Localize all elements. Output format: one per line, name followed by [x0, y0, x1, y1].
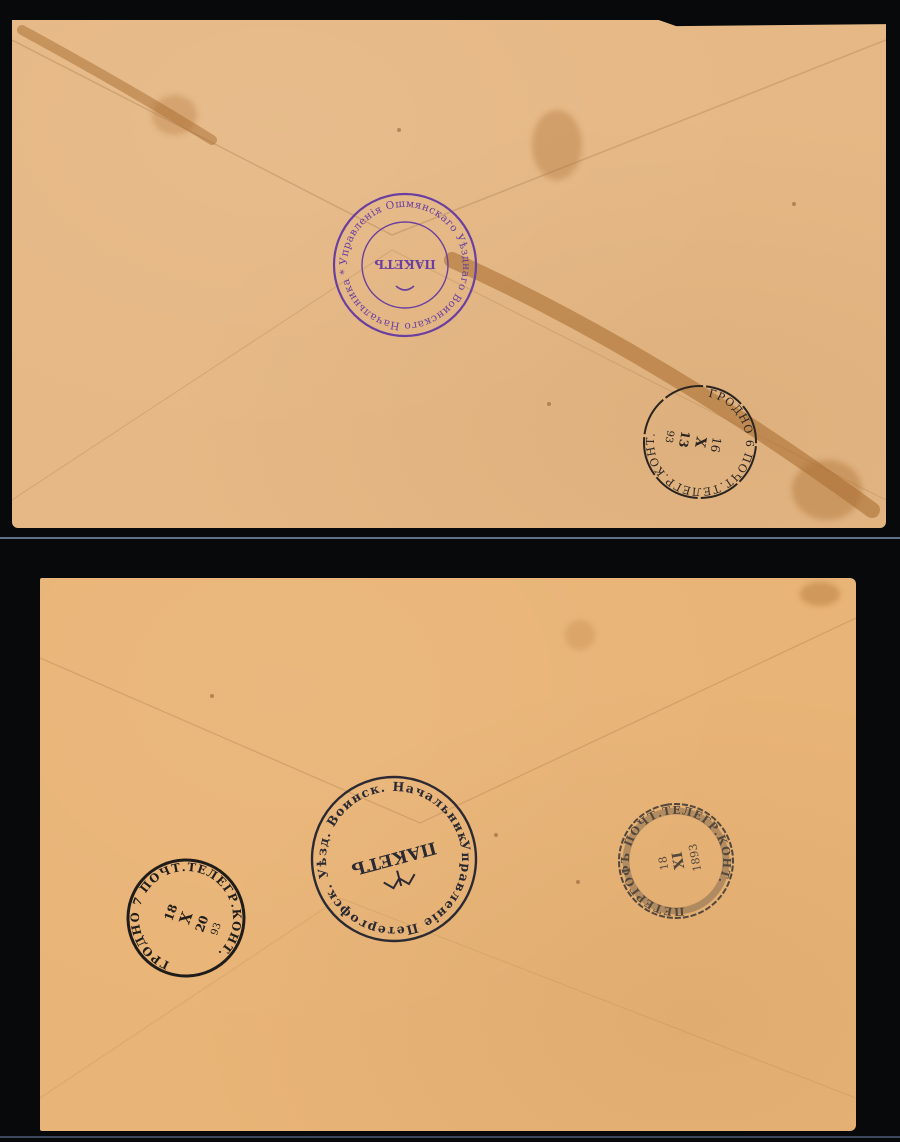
- svg-text:93: 93: [209, 921, 224, 937]
- paper-speck: [397, 128, 401, 132]
- svg-text:93: 93: [662, 429, 675, 443]
- postmark-stamp: ПЕТЕРГОФЪ ПОЧТ.ТЕЛЕГР.КОНТ. 18 ХІ 1893: [605, 790, 746, 931]
- paper-stain: [792, 460, 862, 520]
- paper-speck: [576, 880, 580, 884]
- postmark-ring-icon: ГРОДНО 6 ПОЧТ.ТЕЛЕГР.КОНТ. 16 X 13 93: [630, 372, 769, 511]
- svg-text:ПАКЕТЪ: ПАКЕТЪ: [374, 257, 436, 271]
- paper-stain: [532, 110, 582, 180]
- official-seal-stamp: Управленія Ошмянскаго Уѣзднаго Воинскаго…: [330, 190, 480, 340]
- paper-stain: [152, 95, 197, 135]
- postmark-ring-icon: ГРОДНО 7 ПОЧТ.ТЕЛЕГР.КОНТ. 18 X 20 93: [107, 839, 266, 998]
- svg-text:18: 18: [656, 855, 671, 871]
- svg-text:ПАКЕТЪ: ПАКЕТЪ: [349, 837, 438, 879]
- envelope-bottom: ГРОДНО 7 ПОЧТ.ТЕЛЕГР.КОНТ. 18 X 20 93 Уп…: [40, 578, 856, 1131]
- paper-speck: [792, 202, 796, 206]
- svg-text:13: 13: [676, 430, 693, 449]
- paper-speck: [210, 694, 214, 698]
- envelope-top: Управленія Ошмянскаго Уѣзднаго Воинскаго…: [12, 20, 886, 528]
- svg-text:1893: 1893: [686, 843, 704, 873]
- postmark-ring-icon: ПЕТЕРГОФЪ ПОЧТ.ТЕЛЕГР.КОНТ. 18 ХІ 1893: [605, 790, 746, 931]
- paper-speck: [547, 402, 551, 406]
- svg-text:X: X: [691, 435, 709, 449]
- paper-stain: [565, 620, 595, 650]
- svg-text:16: 16: [708, 436, 724, 453]
- paper-stain: [800, 582, 840, 606]
- postmark-stamp: ГРОДНО 6 ПОЧТ.ТЕЛЕГР.КОНТ. 16 X 13 93: [630, 372, 769, 511]
- official-seal-stamp: Управленіе Петергофск. Уѣзд. Воинск. Нач…: [289, 754, 500, 965]
- paper-speck: [494, 833, 498, 837]
- seal-ring-icon: Управленіе Петергофск. Уѣзд. Воинск. Нач…: [289, 754, 500, 965]
- seal-ring-icon: Управленія Ошмянскаго Уѣзднаго Воинскаго…: [330, 190, 480, 340]
- album-divider-bottom: [0, 1136, 900, 1138]
- album-divider-top: [0, 537, 900, 539]
- svg-text:ХІ: ХІ: [670, 851, 689, 871]
- postmark-stamp: ГРОДНО 7 ПОЧТ.ТЕЛЕГР.КОНТ. 18 X 20 93: [107, 839, 266, 998]
